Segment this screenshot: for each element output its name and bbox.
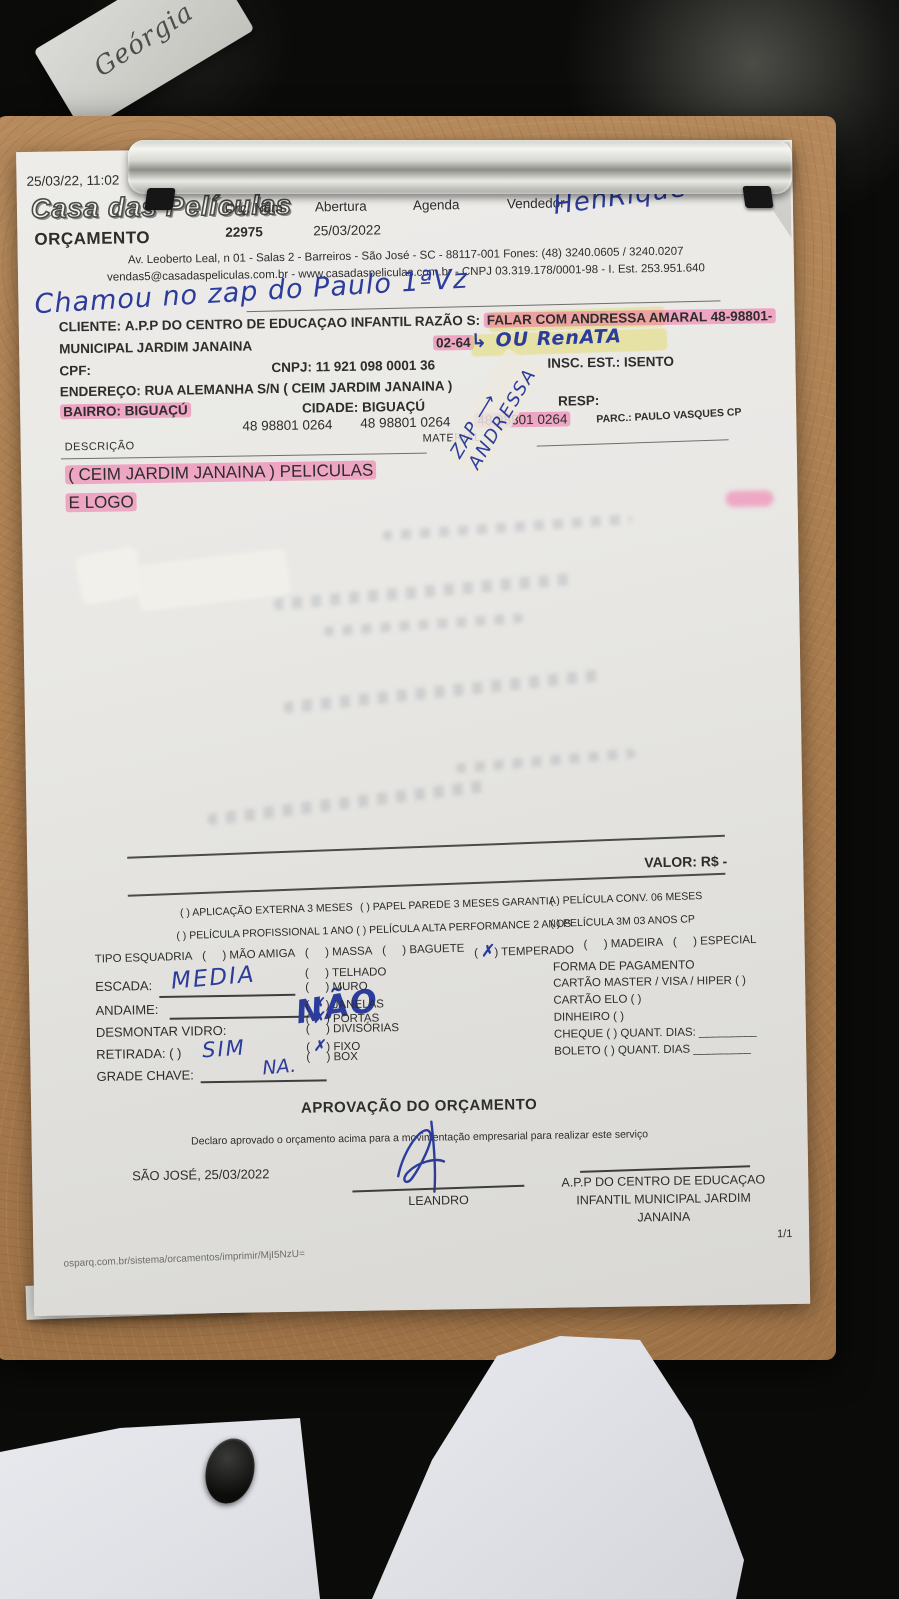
resp-label: RESP: xyxy=(558,393,599,409)
option-label: MURO xyxy=(332,981,367,994)
checkbox-temperado: ( ✗ ) TEMPERADO xyxy=(474,939,574,960)
option-label: TEMPERADO xyxy=(501,944,574,958)
insc-row: INSC. EST.: ISENTO xyxy=(547,354,674,371)
option-label: MADEIRA xyxy=(611,937,664,951)
ink-bleedthrough xyxy=(207,780,486,826)
ink-bleedthrough xyxy=(382,514,632,541)
checkbox-massa: ( ) MASSA xyxy=(305,945,373,965)
insc-value: ISENTO xyxy=(624,354,674,370)
abertura-value: 25/03/2022 xyxy=(313,222,381,238)
approval-entity-line-2: INFANTIL MUNICIPAL JARDIM xyxy=(532,1190,794,1208)
option-label: MASSA xyxy=(332,945,373,958)
endereco-label: ENDEREÇO: xyxy=(60,383,141,399)
payment-option: CARTÃO MASTER / VISA / HIPER ( ) xyxy=(553,975,746,990)
signature-scribble xyxy=(383,1117,474,1194)
option-label: BAGUETE xyxy=(409,943,464,957)
payment-option: DINHEIRO ( ) xyxy=(554,1011,624,1024)
cpf-label: CPF: xyxy=(59,363,91,378)
warranty-option: ( ) APLICAÇÃO EXTERNA 3 MESES xyxy=(180,901,353,919)
checkbox-mark: ✗ xyxy=(480,941,492,960)
payment-option: CHEQUE ( ) QUANT. DIAS: _________ xyxy=(554,1026,757,1041)
payment-title: FORMA DE PAGAMENTO xyxy=(553,958,695,974)
checkbox-mark xyxy=(680,944,690,945)
descricao-text-2: E LOGO xyxy=(65,492,136,513)
checkbox-mark xyxy=(389,953,399,954)
checkbox-mark xyxy=(313,1032,323,1033)
endereco-row: ENDEREÇO: RUA ALEMANHA S/N ( CEIM JARDIM… xyxy=(60,378,453,399)
checkbox-mark xyxy=(209,958,219,959)
checkbox-mark xyxy=(312,990,322,991)
clip-foot-right xyxy=(742,186,773,208)
whiteout-patch xyxy=(135,548,291,612)
whiteout-patch xyxy=(75,545,145,606)
handwritten-grade: NA. xyxy=(262,1055,297,1080)
warranty-option: ( ) PELÍCULA PROFISSIONAL 1 ANO xyxy=(176,924,353,942)
warranty-option: ( ) PELÍCULA ALTA PERFORMANCE 2 ANOS xyxy=(356,918,571,937)
insc-label: INSC. EST.: xyxy=(547,355,620,371)
cnpj-value: 11 921 098 0001 36 xyxy=(316,358,436,375)
phone-2: 48 98801 0264 xyxy=(360,414,450,430)
checkbox-mark xyxy=(312,955,322,956)
cidade-row: CIDADE: BIGUAÇÚ xyxy=(302,399,425,416)
retirada-label: RETIRADA: ( ) xyxy=(96,1046,181,1062)
client-signature-line xyxy=(580,1165,750,1172)
checkbox-mark xyxy=(591,947,601,948)
razao-label: RAZÃO S: xyxy=(415,313,480,329)
escada-line xyxy=(159,994,295,998)
cidade-value: BIGUAÇÚ xyxy=(362,399,425,415)
bairro-row: BAIRRO: BIGUAÇÚ xyxy=(60,402,191,419)
bairro-label: BAIRRO: xyxy=(63,403,121,419)
descricao-text-1: ( CEIM JARDIM JANAINA ) PELICULAS xyxy=(65,460,376,485)
approval-entity-line-1: A.P.P DO CENTRO DE EDUCAÇAO xyxy=(532,1172,794,1190)
cliente-label: CLIENTE: xyxy=(59,318,121,334)
option-label: TELHADO xyxy=(332,966,387,979)
ink-bleedthrough xyxy=(323,613,523,637)
page-indicator: 1/1 xyxy=(777,1228,792,1240)
agenda-label: Agenda xyxy=(413,197,460,213)
grade-chave-line xyxy=(201,1079,327,1082)
orc-num-label: Orç. Núm xyxy=(225,200,283,216)
ink-bleedthrough xyxy=(273,573,573,611)
abertura-label: Abertura xyxy=(315,199,367,215)
cidade-label: CIDADE: xyxy=(302,400,358,416)
bairro-value: BIGUAÇÚ xyxy=(125,402,188,418)
cliente-row: CLIENTE: A.P.P DO CENTRO DE EDUCAÇAO INF… xyxy=(59,314,412,335)
cnpj-label: CNPJ: xyxy=(271,359,312,375)
printed-datetime: 25/03/22, 11:02 xyxy=(26,172,119,188)
cnpj-row: CNPJ: 11 921 098 0001 36 xyxy=(271,358,435,376)
ink-bleedthrough xyxy=(456,748,636,773)
warranty-option: ( ) PAPEL PAREDE 3 MESES GARANTIA xyxy=(360,895,556,913)
option-label: ESPECIAL xyxy=(700,934,757,948)
checkbox-mark xyxy=(312,976,322,977)
footer-url: osparq.com.br/sistema/orcamentos/imprimi… xyxy=(63,1249,305,1270)
razao-value-2-wrap: 02-64 xyxy=(433,335,474,351)
descricao-line-2: E LOGO xyxy=(65,492,136,512)
handwritten-sim: SIM xyxy=(201,1035,246,1062)
city-date: SÃO JOSÉ, 25/03/2022 xyxy=(132,1166,270,1183)
checkbox-box: ( ) BOX xyxy=(306,1051,358,1064)
material-underline xyxy=(537,439,729,446)
ink-bleedthrough xyxy=(283,669,603,714)
quote-document-paper: 25/03/22, 11:02 Orçamento - N 22975 Casa… xyxy=(16,140,810,1316)
cliente-value-2: MUNICIPAL JARDIM JANAINA xyxy=(59,338,252,356)
grade-chave-label: GRADE CHAVE: xyxy=(96,1067,194,1084)
cliente-value-1: A.P.P DO CENTRO DE EDUCAÇAO INFANTIL xyxy=(125,314,412,334)
checkbox-muro: ( ) MURO xyxy=(305,981,368,994)
option-label: MÃO AMIGA xyxy=(229,948,295,962)
andaime-line xyxy=(170,1016,310,1020)
checkbox-especial: ( ) ESPECIAL xyxy=(673,934,757,954)
phone-1: 48 98801 0264 xyxy=(242,417,332,433)
clip-foot-left xyxy=(144,188,175,210)
option-label: BOX xyxy=(333,1051,357,1063)
checkbox-madeira: ( ) MADEIRA xyxy=(583,937,663,957)
option-label: DIVISÓRIAS xyxy=(333,1022,399,1035)
escada-label: ESCADA: xyxy=(95,978,152,994)
andaime-label: ANDAIME: xyxy=(95,1002,158,1018)
checkbox-baguete: ( ) BAGUETE xyxy=(382,943,465,963)
pink-smear xyxy=(725,490,773,507)
descricao-line-1: ( CEIM JARDIM JANAINA ) PELICULAS xyxy=(65,460,376,484)
photo-scene: Geórgia 25/03/22, 11:02 Orçamento - N 22… xyxy=(0,0,899,1599)
endereco-value: RUA ALEMANHA S/N ( CEIM JARDIM JANAINA ) xyxy=(144,378,452,398)
descricao-header: DESCRIÇÃO xyxy=(65,440,135,453)
name-label-text: Geórgia xyxy=(89,0,199,83)
warranty-option: ( ) PELÍCULA 3M 03 ANOS CP xyxy=(550,913,695,930)
valor-text: VALOR: R$ - xyxy=(547,853,727,872)
payment-option: BOLETO ( ) QUANT. DIAS _________ xyxy=(554,1043,751,1058)
parc-row: PARC.: PAULO VASQUES CP xyxy=(596,406,742,425)
payment-option: CARTÃO ELO ( ) xyxy=(553,993,641,1006)
clipboard-clip xyxy=(128,140,792,194)
razao-value-2: 02-64 xyxy=(433,335,474,351)
orc-num-value: 22975 xyxy=(225,224,263,240)
signer-name: LEANDRO xyxy=(352,1192,524,1209)
checkbox-divisorias: ( ) DIVISÓRIAS xyxy=(306,1022,399,1035)
doc-type-label: ORÇAMENTO xyxy=(34,228,150,250)
descricao-underline xyxy=(61,453,427,460)
checkbox-mark xyxy=(313,1060,323,1061)
approval-entity-line-3: JANAINA xyxy=(533,1208,795,1226)
warranty-option: ( ) PELÍCULA CONV. 06 MESES xyxy=(550,890,703,907)
approval-title: APROVAÇÃO DO ORÇAMENTO xyxy=(31,1092,807,1121)
checkbox-telhado: ( ) TELHADO xyxy=(305,966,387,979)
